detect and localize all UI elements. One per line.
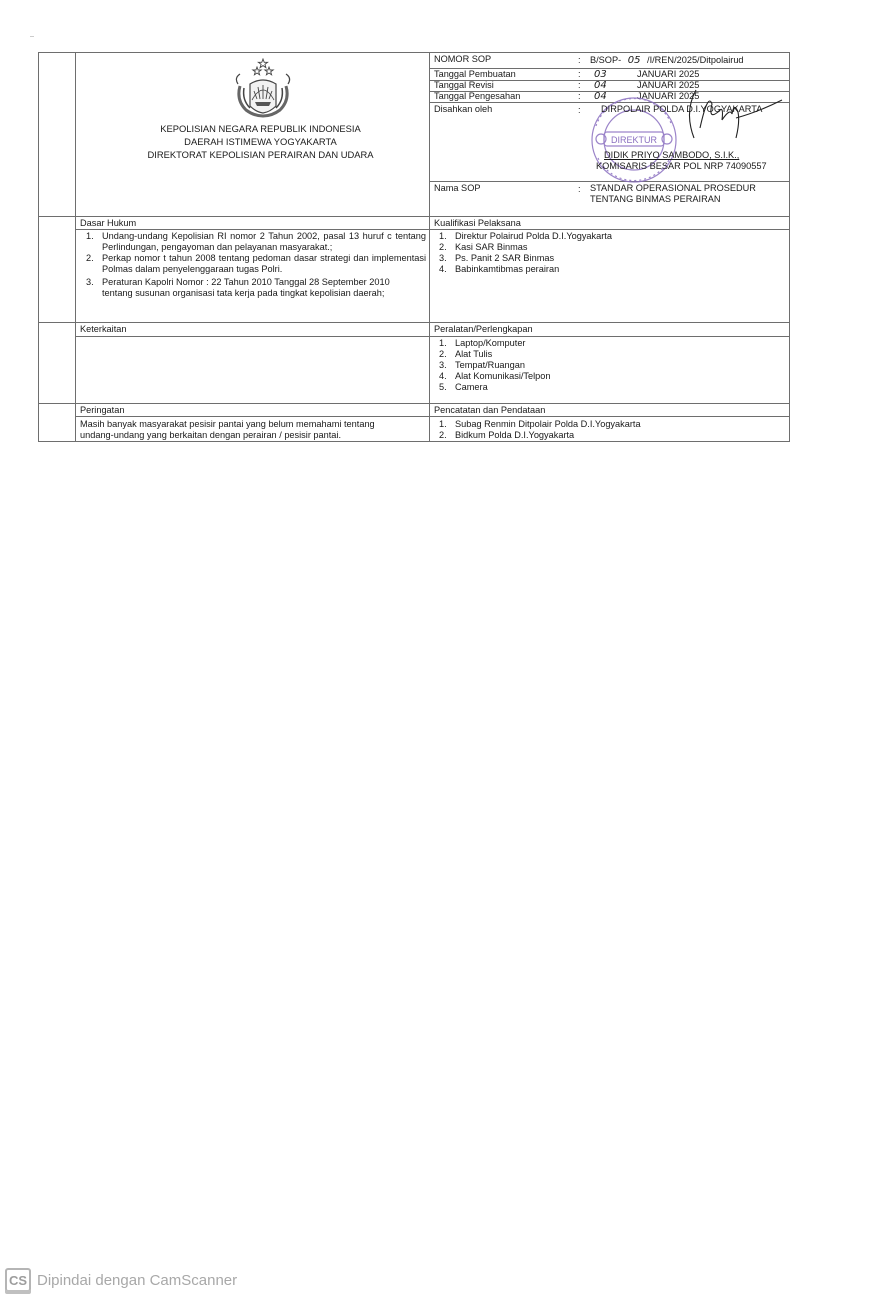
list-item: 1.Subag Renmin Ditpolair Polda D.I.Yogya… <box>439 419 779 430</box>
list-item: 3.Ps. Panit 2 SAR Binmas <box>439 253 779 264</box>
list-item: 2.Kasi SAR Binmas <box>439 242 779 253</box>
column-divider <box>75 52 76 442</box>
item-number: 2. <box>439 430 447 441</box>
police-emblem-icon <box>230 58 296 120</box>
list-item: 1.Laptop/Komputer <box>439 338 779 349</box>
list-item: 4.Babinkamtibmas perairan <box>439 264 779 275</box>
table-border-left <box>38 52 39 442</box>
colon: : <box>578 184 581 195</box>
list-item: 2.Bidkum Polda D.I.Yogyakarta <box>439 430 779 441</box>
item-number: 3. <box>439 253 447 264</box>
item-number: 3. <box>439 360 447 371</box>
item-number: 1. <box>439 231 447 242</box>
item-text: Tempat/Ruangan <box>455 360 525 370</box>
row-divider <box>75 416 790 417</box>
pembuatan-month: JANUARI 2025 <box>637 69 699 80</box>
item-text: Alat Komunikasi/Telpon <box>455 371 551 381</box>
camscanner-watermark: CS Dipindai dengan CamScanner <box>5 1266 237 1294</box>
item-text: Alat Tulis <box>455 349 492 359</box>
row-divider <box>75 336 790 337</box>
organization-heading: KEPOLISIAN NEGARA REPUBLIK INDONESIA DAE… <box>78 122 443 161</box>
dasar-hukum-title: Dasar Hukum <box>80 218 136 229</box>
list-item: 4.Alat Komunikasi/Telpon <box>439 371 779 382</box>
nama-sop-label: Nama SOP <box>434 183 480 194</box>
colon: : <box>578 69 581 80</box>
org-line-1: KEPOLISIAN NEGARA REPUBLIK INDONESIA <box>78 122 443 135</box>
peringatan-line-1: Masih banyak masyarakat pesisir pantai y… <box>80 419 375 430</box>
nomor-suffix: /I/REN/2025/Ditpolairud <box>647 55 744 65</box>
pencatatan-list: 1.Subag Renmin Ditpolair Polda D.I.Yogya… <box>439 419 779 441</box>
item-number: 4. <box>439 371 447 382</box>
item-text: Direktur Polairud Polda D.I.Yogyakarta <box>455 231 612 241</box>
section-divider <box>38 322 790 323</box>
item-number: 4. <box>439 264 447 275</box>
org-line-3: DIREKTORAT KEPOLISIAN PERAIRAN DAN UDARA <box>78 148 443 161</box>
nama-sop-line-2: TENTANG BINMAS PERAIRAN <box>590 194 721 205</box>
kualifikasi-list: 1.Direktur Polairud Polda D.I.Yogyakarta… <box>439 231 779 275</box>
item-text: Subag Renmin Ditpolair Polda D.I.Yogyaka… <box>455 419 641 429</box>
camscanner-logo-icon: CS <box>5 1268 31 1292</box>
nomor-sop-value: B/SOP- 05 /I/REN/2025/Ditpolairud <box>590 55 744 66</box>
item-text: Ps. Panit 2 SAR Binmas <box>455 253 554 263</box>
item-number: 5. <box>439 382 447 393</box>
scan-artifact <box>30 36 34 37</box>
pembuatan-day: 03 <box>594 69 607 80</box>
nomor-handwritten: 05 <box>628 55 641 66</box>
peralatan-list: 1.Laptop/Komputer 2.Alat Tulis 3.Tempat/… <box>439 338 779 393</box>
item-text: Peraturan Kapolri Nomor : 22 Tahun 2010 … <box>102 277 406 299</box>
item-number: 2. <box>86 253 94 264</box>
disahkan-label: Disahkan oleh <box>434 104 492 115</box>
item-number: 1. <box>86 231 94 242</box>
colon: : <box>578 105 581 116</box>
list-item: 1.Undang-undang Kepolisian RI nomor 2 Ta… <box>86 231 426 253</box>
item-text: Laptop/Komputer <box>455 338 526 348</box>
table-border-right <box>789 52 790 442</box>
item-number: 1. <box>439 338 447 349</box>
colon: : <box>578 80 581 91</box>
item-number: 1. <box>439 419 447 430</box>
table-border-bottom <box>38 441 790 442</box>
disahkan-org: DIRPOLAIR POLDA D.I.YOGYAKARTA <box>601 104 762 115</box>
item-text: Undang-undang Kepolisian RI nomor 2 Tahu… <box>102 231 426 253</box>
peringatan-title: Peringatan <box>80 405 124 416</box>
watermark-text: Dipindai dengan CamScanner <box>37 1272 237 1289</box>
item-text: Bidkum Polda D.I.Yogyakarta <box>455 430 574 440</box>
list-item: 2.Alat Tulis <box>439 349 779 360</box>
item-number: 3. <box>86 277 94 288</box>
item-text: Perkap nomor t tahun 2008 tentang pedoma… <box>102 253 426 275</box>
nomor-sop-label: NOMOR SOP <box>434 54 491 65</box>
list-item: 2.Perkap nomor t tahun 2008 tentang pedo… <box>86 253 426 275</box>
colon: : <box>578 91 581 102</box>
row-divider <box>75 229 790 230</box>
peralatan-title: Peralatan/Perlengkapan <box>434 324 533 335</box>
section-divider <box>38 216 790 217</box>
item-number: 2. <box>439 349 447 360</box>
tanggal-revisi-label: Tanggal Revisi <box>434 80 494 91</box>
tanggal-pembuatan-label: Tanggal Pembuatan <box>434 69 516 80</box>
nama-sop-line-1: STANDAR OPERASIONAL PROSEDUR <box>590 183 756 194</box>
signatory-rank: KOMISARIS BESAR POL NRP 74090557 <box>596 161 767 172</box>
list-item: 3.Peraturan Kapolri Nomor : 22 Tahun 201… <box>86 277 426 299</box>
item-text: Babinkamtibmas perairan <box>455 264 559 274</box>
stamp-text: DIREKTUR <box>611 135 658 145</box>
signatory-name: DIDIK PRIYO SAMBODO, S.I.K., <box>604 150 739 161</box>
pencatatan-title: Pencatatan dan Pendataan <box>434 405 545 416</box>
list-item: 5.Camera <box>439 382 779 393</box>
peringatan-line-2: undang-undang yang berkaitan dengan pera… <box>80 430 341 441</box>
nomor-prefix: B/SOP- <box>590 55 621 65</box>
list-item: 3.Tempat/Ruangan <box>439 360 779 371</box>
org-line-2: DAERAH ISTIMEWA YOGYAKARTA <box>78 135 443 148</box>
item-text: Kasi SAR Binmas <box>455 242 528 252</box>
revisi-day: 04 <box>594 80 607 91</box>
item-text: Camera <box>455 382 488 392</box>
section-divider <box>38 403 790 404</box>
kualifikasi-title: Kualifikasi Pelaksana <box>434 218 521 229</box>
table-border-top <box>38 52 790 53</box>
keterkaitan-title: Keterkaitan <box>80 324 126 335</box>
dasar-hukum-list: 1.Undang-undang Kepolisian RI nomor 2 Ta… <box>86 231 426 299</box>
column-divider <box>429 52 430 442</box>
item-number: 2. <box>439 242 447 253</box>
colon: : <box>578 55 581 66</box>
tanggal-pengesahan-label: Tanggal Pengesahan <box>434 91 520 102</box>
list-item: 1.Direktur Polairud Polda D.I.Yogyakarta <box>439 231 779 242</box>
